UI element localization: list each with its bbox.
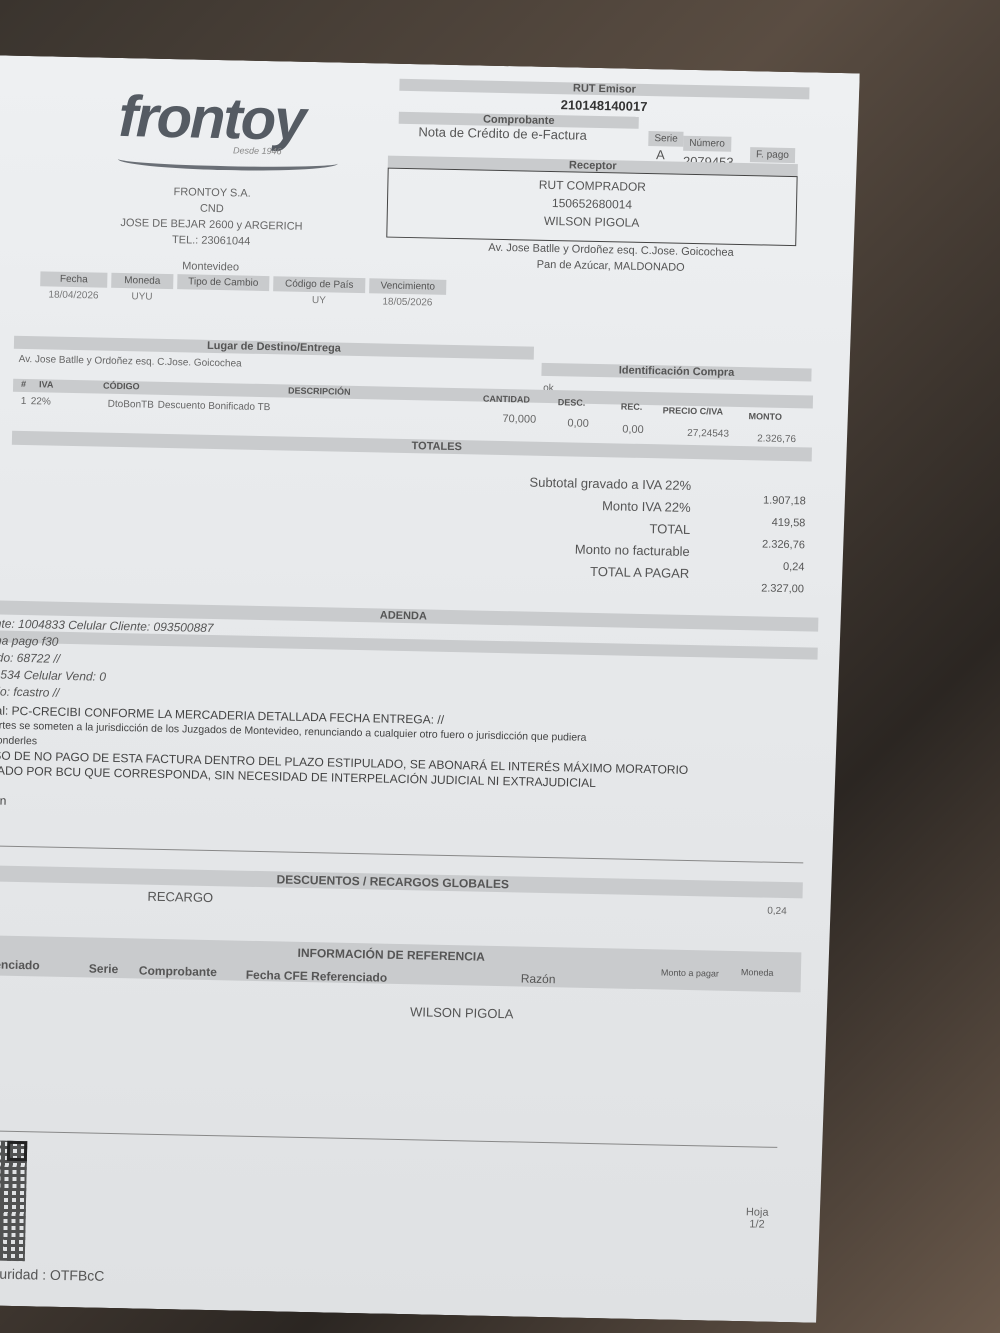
table-row: 1 22% DtoBonTB Descuento Bonificado TB 7…	[0, 55, 860, 73]
meta-value: 18/05/2026	[369, 296, 446, 309]
meta-header: Tipo de Cambio	[177, 274, 269, 291]
total-line-value: 419,58	[710, 510, 805, 534]
item-codigo: DtoBonTB	[108, 399, 154, 411]
item-rec: 0,00	[622, 424, 644, 436]
items-header: MONTO	[748, 411, 782, 422]
items-header: CÓDIGO	[103, 381, 140, 392]
items-header: PRECIO C/IVA	[663, 405, 724, 416]
items-header: CANTIDAD	[483, 394, 530, 405]
id-compra-label: Identificación Compra	[541, 363, 811, 382]
item-desc: 0,00	[567, 417, 589, 429]
item-precio: 27,24543	[687, 428, 729, 440]
items-header: IVA	[39, 379, 54, 389]
receptor-name: WILSON PIGOLA	[388, 211, 796, 234]
divider	[0, 1130, 777, 1148]
reference-header: erenciado	[0, 957, 40, 972]
company-logo: frontoy	[118, 83, 305, 154]
item-num: 1	[21, 396, 27, 407]
total-line-label: TOTAL A PAGAR	[449, 558, 689, 585]
meta-table: Fecha Moneda Tipo de Cambio Código de Pa…	[40, 271, 447, 308]
destino-value: Av. Jose Batlle y Ordoñez esq. C.Jose. G…	[19, 354, 242, 370]
receptor-city: Pan de Azúcar, MALDONADO	[436, 257, 786, 276]
totals-labels: Subtotal gravado a IVA 22% Monto IVA 22%…	[449, 470, 691, 585]
legal-text: inal: PC-CRECIBI CONFORME LA MERCADERIA …	[0, 703, 816, 840]
qr-finder-pattern	[7, 1141, 27, 1161]
adenda-lines: ente: 1004833 Celular Cliente: 093500887…	[0, 615, 688, 715]
logo-tagline: Desde 1946	[233, 145, 282, 156]
reference-razon: WILSON PIGOLA	[410, 1004, 514, 1021]
meta-header: Fecha	[40, 271, 107, 287]
meta-value: UY	[273, 294, 365, 307]
global-discount-type: RECARGO	[147, 889, 213, 905]
item-monto: 2.326,76	[757, 433, 796, 445]
reference-header: Moneda	[741, 967, 774, 978]
meta-value: 18/04/2026	[40, 289, 107, 301]
security-code: Seguridad : OTFBcC	[0, 1265, 105, 1284]
reference-header: Comprobante	[139, 964, 217, 980]
items-header: #	[21, 379, 26, 389]
reference-header: Razón	[521, 972, 556, 987]
fpago-label: F. pago	[750, 147, 795, 163]
items-header: DESC.	[558, 397, 586, 408]
numero-label: Número	[683, 136, 731, 152]
total-line-value: 2.327,00	[709, 576, 804, 600]
total-line-value: 2.326,76	[710, 532, 805, 556]
serie-label: Serie	[648, 131, 684, 147]
total-line-value: 0,24	[709, 554, 804, 578]
reference-header: Monto a pagar	[661, 967, 719, 978]
serie-value: A	[656, 147, 665, 162]
page-indicator: Hoja 1/2	[746, 1206, 769, 1230]
divider	[0, 845, 803, 863]
page-label: Hoja	[746, 1206, 769, 1218]
items-header: DESCRIPCIÓN	[288, 386, 351, 397]
totals-values: 1.907,18 419,58 2.326,76 0,24 2.327,00	[709, 488, 806, 600]
receptor-box: RUT COMPRADOR 150652680014 WILSON PIGOLA	[386, 168, 797, 247]
reference-header: Fecha CFE Referenciado	[246, 968, 388, 985]
meta-value	[177, 292, 269, 305]
reference-header: Serie	[89, 961, 119, 976]
meta-header: Vencimiento	[369, 278, 446, 295]
meta-header: Código de País	[273, 276, 365, 293]
logo-swoosh	[118, 150, 338, 173]
comprobante-type: Nota de Crédito de e-Factura	[418, 124, 587, 143]
item-iva: 22%	[31, 396, 51, 407]
global-discounts-label: DESCUENTOS / RECARGOS GLOBALES	[0, 865, 803, 898]
meta-header: Moneda	[111, 273, 173, 289]
page-number: 1/2	[746, 1218, 769, 1230]
item-cantidad: 70,000	[502, 413, 536, 426]
invoice-paper: frontoy Desde 1946 FRONTOY S.A. CND JOSE…	[0, 55, 860, 1323]
items-header: REC.	[621, 401, 643, 411]
total-line-value: 1.907,18	[711, 488, 806, 512]
issuer-info: FRONTOY S.A. CND JOSE DE BEJAR 2600 y AR…	[75, 182, 347, 278]
global-discount-value: 0,24	[767, 906, 787, 917]
meta-value: UYU	[111, 291, 173, 303]
item-descripcion: Descuento Bonificado TB	[158, 400, 271, 413]
